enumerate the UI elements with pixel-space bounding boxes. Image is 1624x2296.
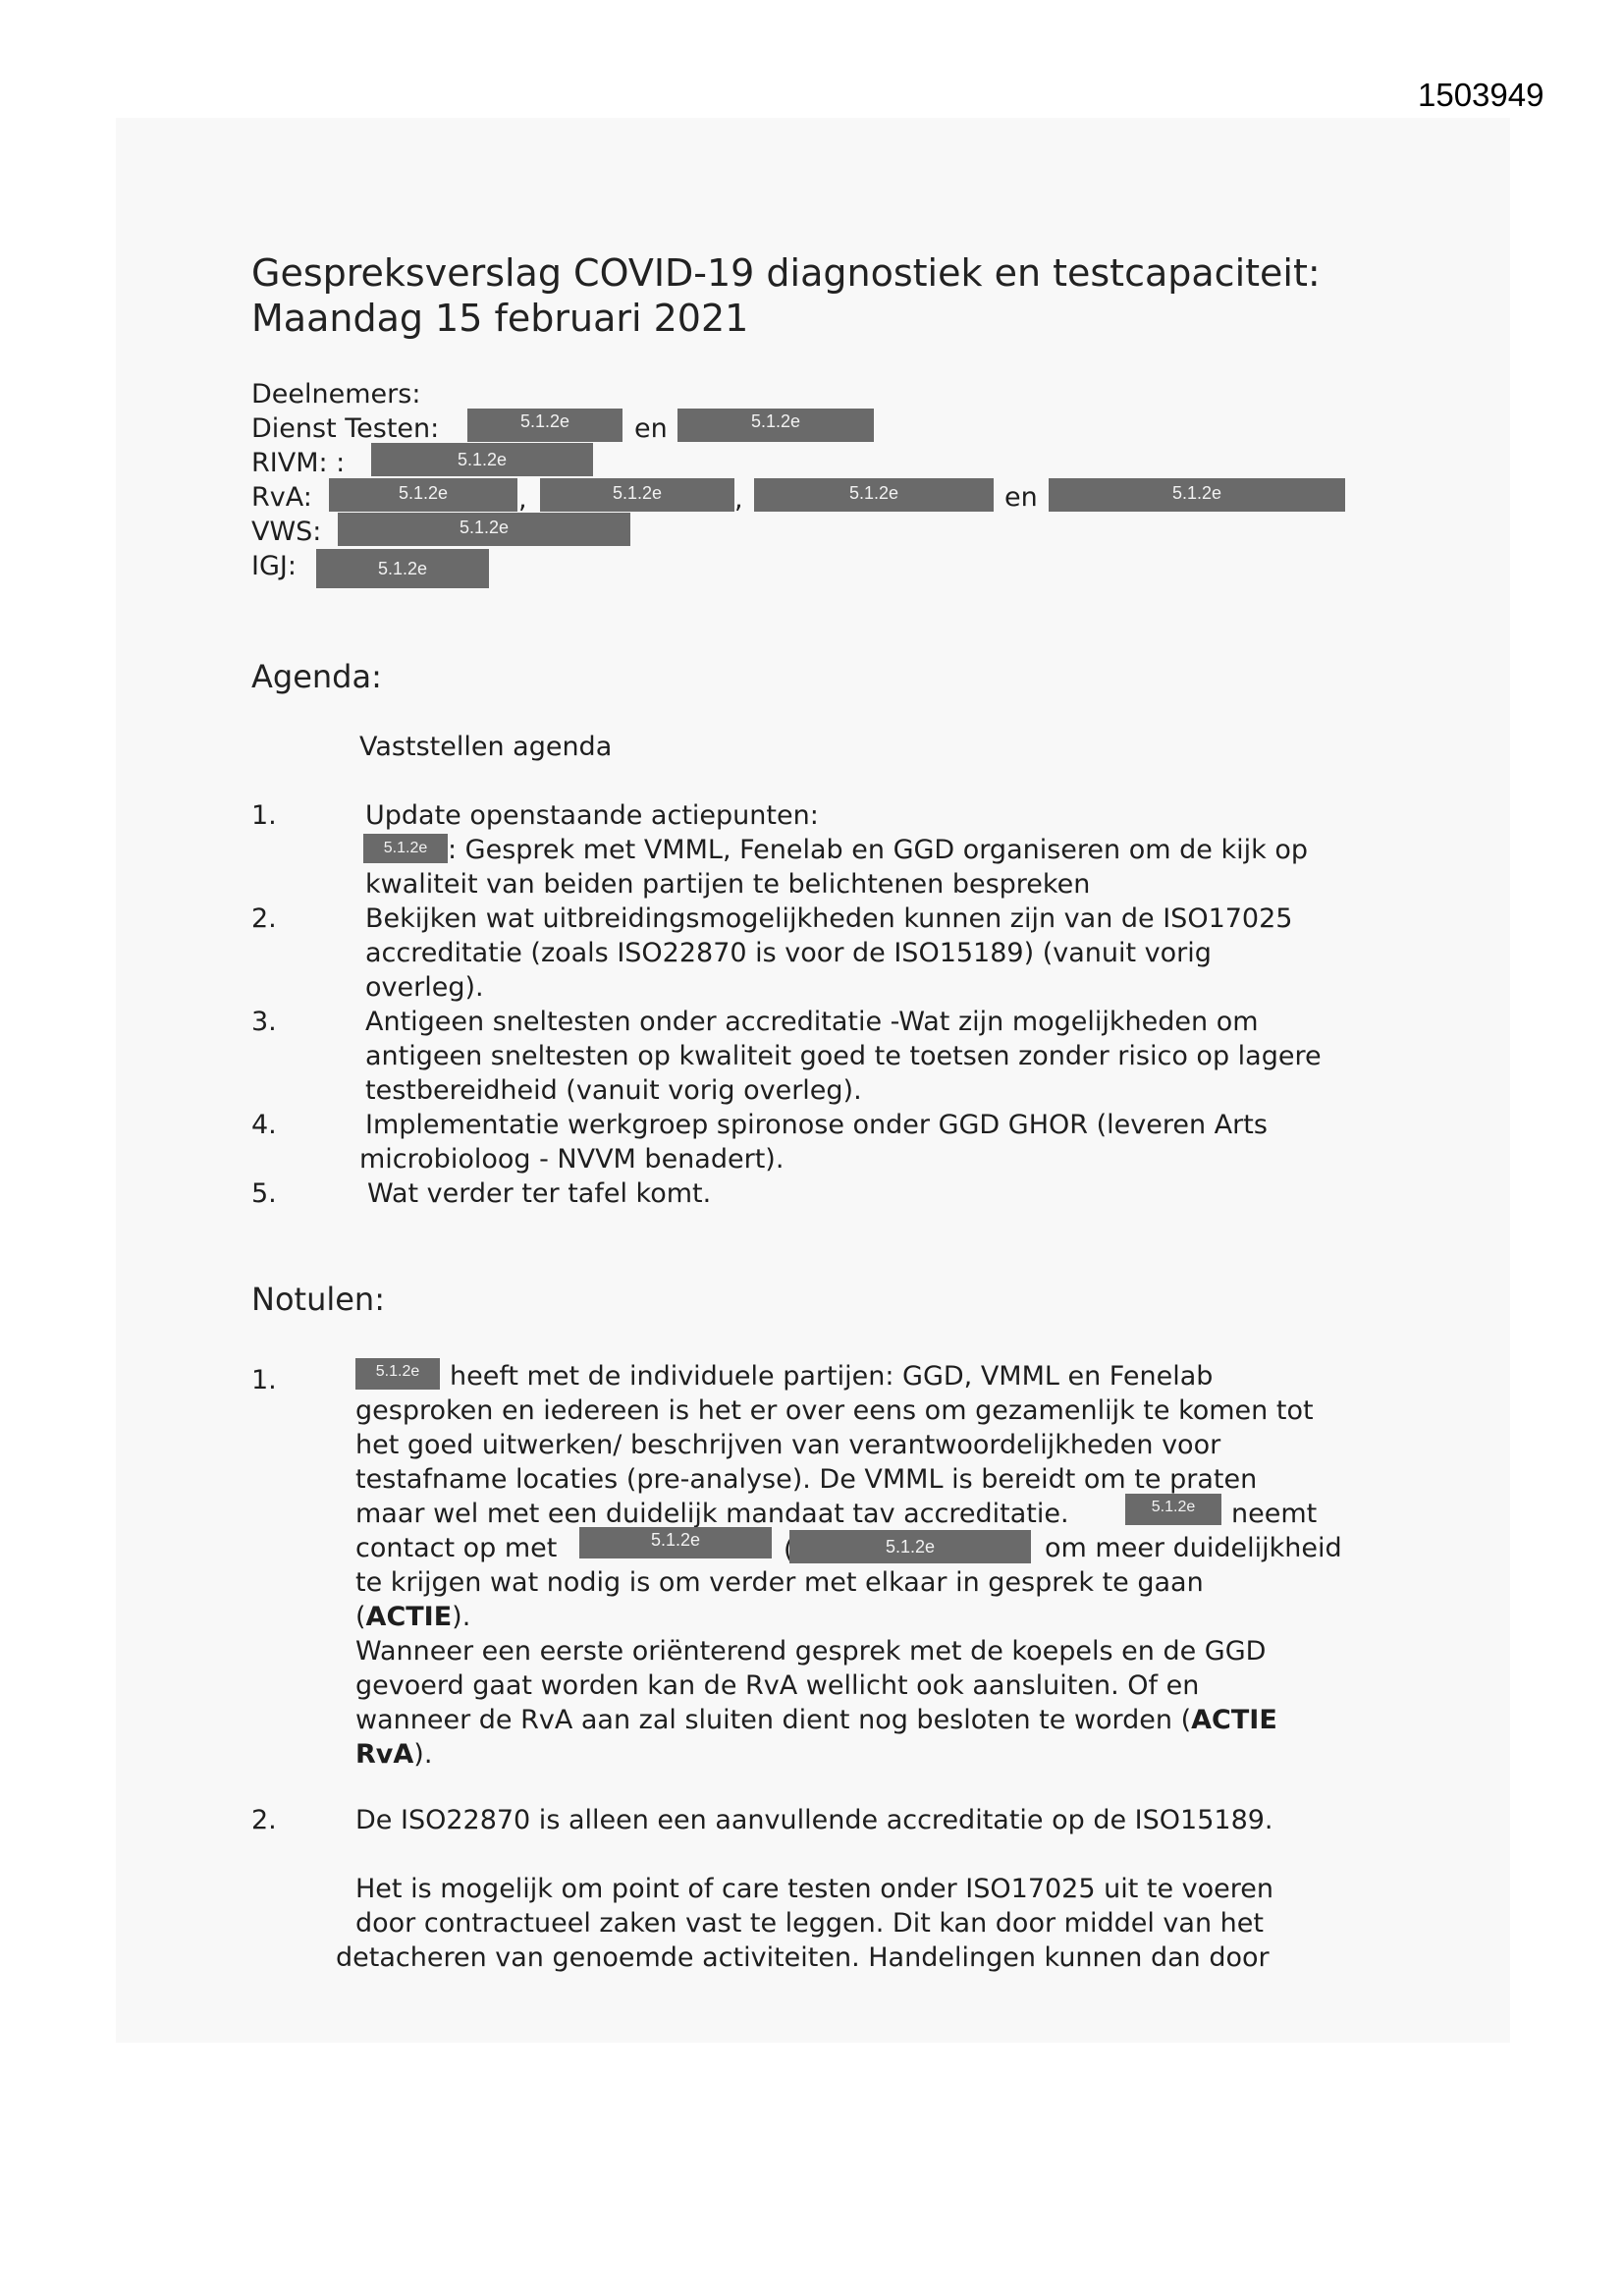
agenda-item-number: 2. (251, 903, 277, 934)
notulen-item-number: 1. (251, 1365, 277, 1395)
agenda-item-1-line: kwaliteit van beiden partijen te belicht… (365, 867, 1090, 902)
notulen-2-line: De ISO22870 is alleen een aanvullende ac… (355, 1803, 1273, 1837)
conjunction-en: en (634, 411, 668, 446)
redaction-block: 5.1.2e (1125, 1494, 1221, 1525)
agenda-item-1-line: : Gesprek met VMML, Fenelab en GGD organ… (448, 833, 1308, 867)
redaction-block: 5.1.2e (789, 1530, 1031, 1563)
notulen-2-line: door contractueel zaken vast te leggen. … (355, 1906, 1264, 1941)
notulen-item-number: 2. (251, 1805, 277, 1835)
redaction-block: 5.1.2e (363, 834, 448, 863)
notulen-1-line: gesproken en iedereen is het er over een… (355, 1394, 1314, 1428)
notulen-1-line: te krijgen wat nodig is om verder met el… (355, 1565, 1204, 1600)
redaction-block: 5.1.2e (467, 409, 623, 442)
agenda-heading: Agenda: (251, 658, 382, 695)
notulen-1-line: (ACTIE). (355, 1600, 470, 1634)
conjunction-en: en (1004, 480, 1038, 515)
notulen-1-line: heeft met de individuele partijen: GGD, … (450, 1359, 1213, 1394)
redaction-block: 5.1.2e (1049, 478, 1345, 512)
redaction-block: 5.1.2e (371, 443, 593, 476)
participant-vws-label: VWS: (251, 515, 321, 549)
agenda-item-2-line: Bekijken wat uitbreidingsmogelijkheden k… (365, 902, 1292, 936)
agenda-item-4-line: microbioloog - NVVM benadert). (359, 1142, 784, 1176)
participant-dienst-testen-label: Dienst Testen: (251, 411, 439, 446)
agenda-item-4-line: Implementatie werkgroep spironose onder … (365, 1108, 1268, 1142)
redaction-block: 5.1.2e (329, 478, 517, 512)
redaction-block: 5.1.2e (677, 409, 874, 442)
notulen-1-line: contact op met (355, 1531, 557, 1565)
agenda-item-2-line: accreditatie (zoals ISO22870 is voor de … (365, 936, 1212, 970)
agenda-item-1-line: Update openstaande actiepunten: (365, 798, 819, 833)
participant-rivm-label: RIVM: : (251, 446, 345, 480)
redaction-block: 5.1.2e (540, 478, 734, 512)
separator-comma: , (518, 482, 527, 517)
notulen-heading: Notulen: (251, 1281, 385, 1318)
notulen-1-line: RvA). (355, 1737, 432, 1772)
agenda-item-number: 4. (251, 1110, 277, 1140)
notulen-2-line: Het is mogelijk om point of care testen … (355, 1872, 1273, 1906)
agenda-item-3-line: Antigeen sneltesten onder accreditatie -… (365, 1005, 1259, 1039)
participant-igj-label: IGJ: (251, 549, 297, 583)
redaction-block: 5.1.2e (355, 1358, 440, 1390)
notulen-1-line: Wanneer een eerste oriënterend gesprek m… (355, 1634, 1266, 1668)
notulen-1-line: om meer duidelijkheid (1045, 1531, 1342, 1565)
notulen-1-line: testafname locaties (pre-analyse). De VM… (355, 1462, 1257, 1497)
agenda-item-number: 3. (251, 1007, 277, 1037)
notulen-1-line: gevoerd gaat worden kan de RvA wellicht … (355, 1668, 1199, 1703)
notulen-1-line: het goed uitwerken/ beschrijven van vera… (355, 1428, 1220, 1462)
redaction-block: 5.1.2e (316, 549, 489, 588)
redaction-block: 5.1.2e (579, 1527, 772, 1558)
participant-rva-label: RvA: (251, 480, 312, 515)
agenda-item-3-line: antigeen sneltesten op kwaliteit goed te… (365, 1039, 1322, 1073)
agenda-item-3-line: testbereidheid (vanuit vorig overleg). (365, 1073, 862, 1108)
notulen-1-line: neemt (1231, 1497, 1317, 1531)
notulen-1-line: wanneer de RvA aan zal sluiten dient nog… (355, 1703, 1277, 1737)
agenda-item-number: 5. (251, 1178, 277, 1209)
redaction-block: 5.1.2e (754, 478, 994, 512)
page-title: Gespreksverslag COVID-19 diagnostiek en … (251, 250, 1321, 341)
agenda-item-5-line: Wat verder ter tafel komt. (367, 1176, 711, 1211)
separator-comma: , (734, 482, 743, 517)
participants-heading: Deelnemers: (251, 377, 420, 411)
document-id: 1503949 (1418, 77, 1543, 114)
notulen-1-line: maar wel met een duidelijk mandaat tav a… (355, 1497, 1069, 1531)
notulen-2-line: detacheren van genoemde activiteiten. Ha… (336, 1941, 1270, 1975)
agenda-item-number: 1. (251, 800, 277, 831)
agenda-item-2-line: overleg). (365, 970, 484, 1005)
agenda-intro: Vaststellen agenda (359, 730, 612, 764)
redaction-block: 5.1.2e (338, 513, 630, 546)
